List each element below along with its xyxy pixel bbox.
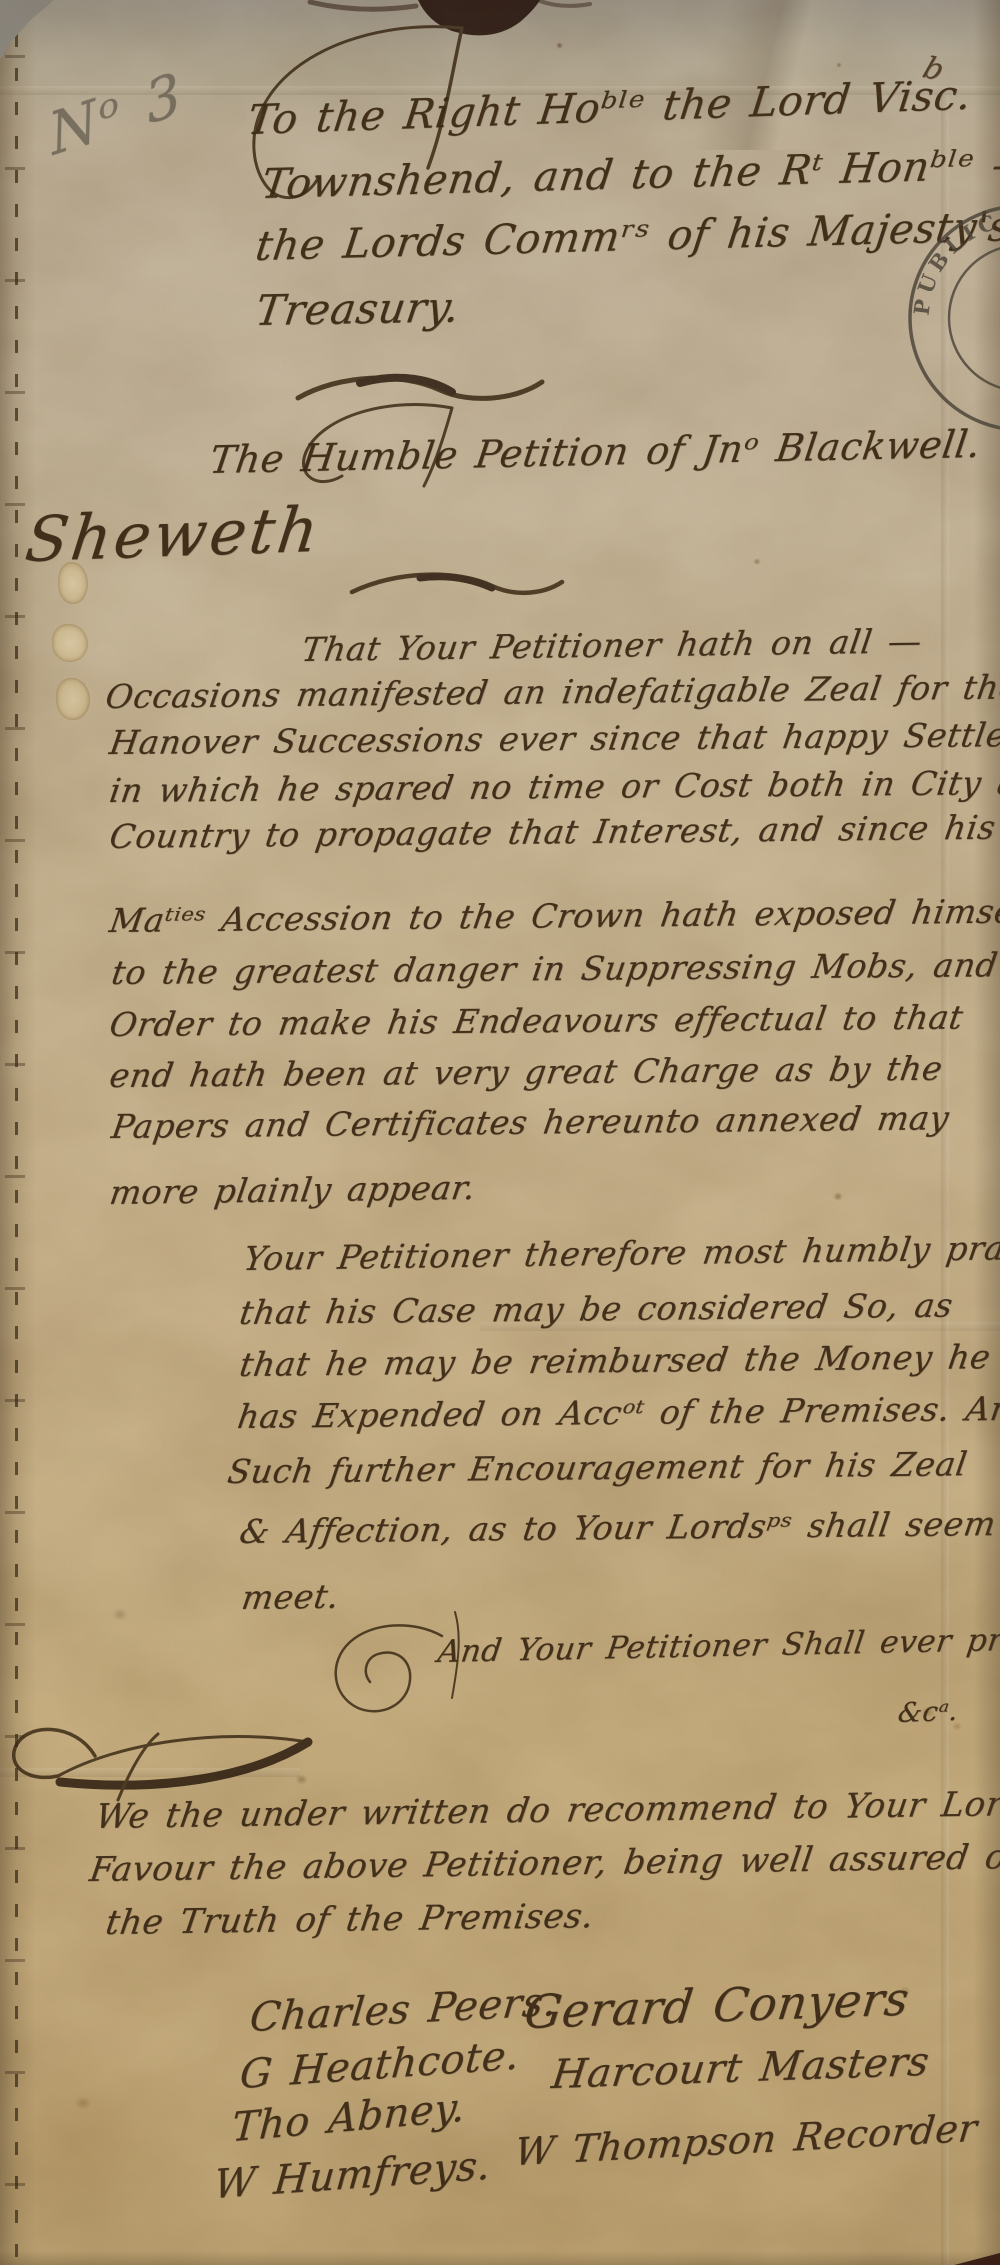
signature-g-heathcote: G Heathcote. xyxy=(238,2032,521,2098)
salutation-sheweth: Sheweth xyxy=(21,493,325,577)
prayer-line-2: that his Case may be considered So, as xyxy=(237,1286,956,1333)
foxing-spot xyxy=(295,1774,308,1785)
sheweth-dash-flourish xyxy=(352,575,562,593)
petition-title: The Humble Petition of Jnᵒ Blackwell. xyxy=(207,422,984,482)
binding-stitch-ticks xyxy=(5,0,25,2265)
body-line-11: more plainly appear. xyxy=(107,1168,478,1212)
prayer-line-3: that he may be reimbursed the Money he xyxy=(237,1337,993,1384)
closing-etc: &cᵃ. xyxy=(896,1696,960,1729)
body-line-9: end hath been at very great Charge as by… xyxy=(107,1049,945,1095)
body-line-4: in which he spared no time or Cost both … xyxy=(107,763,1000,810)
body-line-1: That Your Petitioner hath on all — xyxy=(299,621,925,669)
body-line-6: Maᵗⁱᵉˢ Accession to the Crown hath expos… xyxy=(107,891,1000,940)
body-line-7: to the greatest danger in Suppressing Mo… xyxy=(109,945,1000,992)
signature-w-humfreys: W Humfreys. xyxy=(212,2142,493,2208)
prayer-line-6: & Affection, as to Your Lordsᵖˢ shall se… xyxy=(237,1504,999,1551)
recommendation-line-1: We the under written do recommend to You… xyxy=(93,1784,1000,1838)
foxing-spot xyxy=(112,1608,128,1621)
foxing-spot xyxy=(74,2096,92,2110)
recommendation-line-3: the Truth of the Premises. xyxy=(103,1896,597,1943)
recommendation-line-2: Favour the above Petitioner, being well … xyxy=(87,1837,1000,1890)
signature-charles-peers: Charles Peers. xyxy=(248,1979,560,2041)
damage-patch xyxy=(56,678,90,720)
prayer-line-5: Such further Encouragement for his Zeal xyxy=(225,1444,970,1491)
crease xyxy=(0,1768,300,1777)
signature-gerard-conyers: Gerard Conyers xyxy=(522,1971,913,2039)
page-right-edge xyxy=(974,0,1000,2265)
top-ink-streak xyxy=(310,2,416,9)
signature-w-thompson-recorder: W Thompson Recorder xyxy=(513,2106,980,2175)
manuscript-page: Nᵒ 3 b To the Right Hoᵇˡᵉ the Lord Visc.… xyxy=(0,0,1000,2265)
body-line-10: Papers and Certificates hereunto annexed… xyxy=(109,1098,952,1146)
we-letter-stroke xyxy=(118,1734,158,1800)
we-flourish-heavy xyxy=(60,1742,308,1785)
ink-speck xyxy=(836,62,842,68)
closing-line: And Your Petitioner Shall ever pray xyxy=(436,1621,1000,1670)
and-spiral-flourish xyxy=(336,1625,442,1711)
foxing-spot xyxy=(833,1192,843,1201)
body-line-2: Occasions manifested an indefatigable Ze… xyxy=(103,667,1000,716)
body-line-3: Hanover Successions ever since that happ… xyxy=(107,714,1000,762)
prayer-line-4: has Expended on Accᵒᵗ of the Premises. A… xyxy=(235,1389,1000,1436)
address-line-3: the Lords Commʳˢ of his Majesty's xyxy=(253,202,1000,270)
sheweth-dash-heavy xyxy=(420,577,492,588)
page-bottom-edge xyxy=(0,2251,1000,2265)
top-ink-blot xyxy=(418,0,540,35)
body-line-8: Order to make his Endeavours effectual t… xyxy=(107,998,966,1044)
address-line-4: Treasury. xyxy=(253,282,463,335)
treasury-flourish xyxy=(298,378,542,398)
prayer-line-1: Your Petitioner therefore most humbly pr… xyxy=(241,1228,1000,1278)
signature-harcourt-masters: Harcourt Masters xyxy=(549,2039,932,2098)
treasury-flourish-heavy xyxy=(360,378,452,392)
address-line-2: Townshend, and to the Rᵗ Honᵇˡᵉ — xyxy=(259,140,1000,208)
ink-speck xyxy=(556,42,563,49)
prayer-line-7: meet. xyxy=(239,1577,342,1617)
damage-patch xyxy=(52,624,88,662)
pencil-archive-number: Nᵒ 3 xyxy=(45,60,188,169)
body-line-5: Country to propagate that Interest, and … xyxy=(107,808,998,856)
crease xyxy=(941,95,949,2265)
ink-speck xyxy=(753,558,761,565)
